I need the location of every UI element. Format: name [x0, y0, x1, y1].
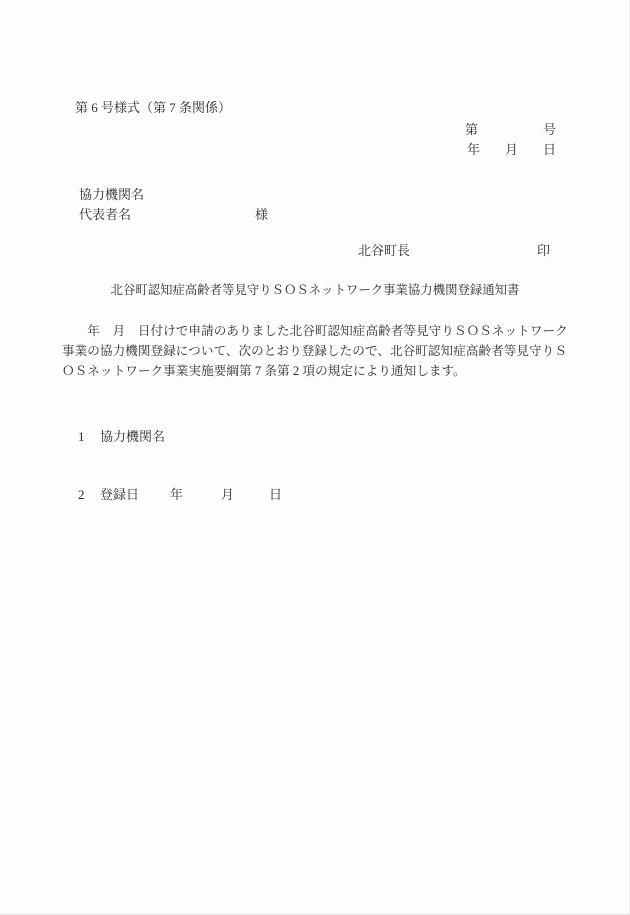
seal-mark-label: 印 [537, 242, 550, 259]
date-day-label: 日 [543, 141, 556, 158]
body-line-1: 年 月 日付けで申請のありました北谷町認知症高齢者等見守りＳＯＳネットワーク [62, 321, 572, 341]
item-1-label: 協力機関名 [100, 428, 165, 445]
item-1-number: 1 [78, 428, 85, 445]
doc-number-prefix: 第 [465, 121, 478, 138]
form-number-label: 第 6 号様式（第 7 条関係） [75, 99, 231, 116]
date-month-label: 月 [505, 141, 518, 158]
mayor-title-label: 北谷町長 [358, 242, 410, 259]
body-line-3: ＯＳネットワーク事業実施要綱第 7 条第 2 項の規定により通知します。 [62, 361, 572, 381]
item-2-year-label: 年 [170, 486, 183, 503]
item-2-month-label: 月 [221, 486, 234, 503]
date-year-label: 年 [467, 141, 480, 158]
item-2-number: 2 [78, 486, 85, 503]
item-2-label: 登録日 [100, 486, 139, 503]
doc-number-suffix: 号 [543, 121, 556, 138]
body-line-2: 事業の協力機関登録について、次のとおり登録したので、北谷町認知症高齢者等見守りＳ [62, 341, 572, 361]
item-2-day-label: 日 [269, 486, 282, 503]
document-page: 第 6 号様式（第 7 条関係） 第 号 年 月 日 協力機関名 代表者名 様 … [0, 0, 630, 915]
honorific-sama-label: 様 [255, 206, 268, 223]
body-paragraph: 年 月 日付けで申請のありました北谷町認知症高齢者等見守りＳＯＳネットワーク 事… [62, 321, 572, 381]
recipient-representative-label: 代表者名 [79, 206, 131, 223]
recipient-org-name-label: 協力機関名 [79, 186, 144, 203]
document-title: 北谷町認知症高齢者等見守りＳＯＳネットワーク事業協力機関登録通知書 [0, 282, 630, 298]
